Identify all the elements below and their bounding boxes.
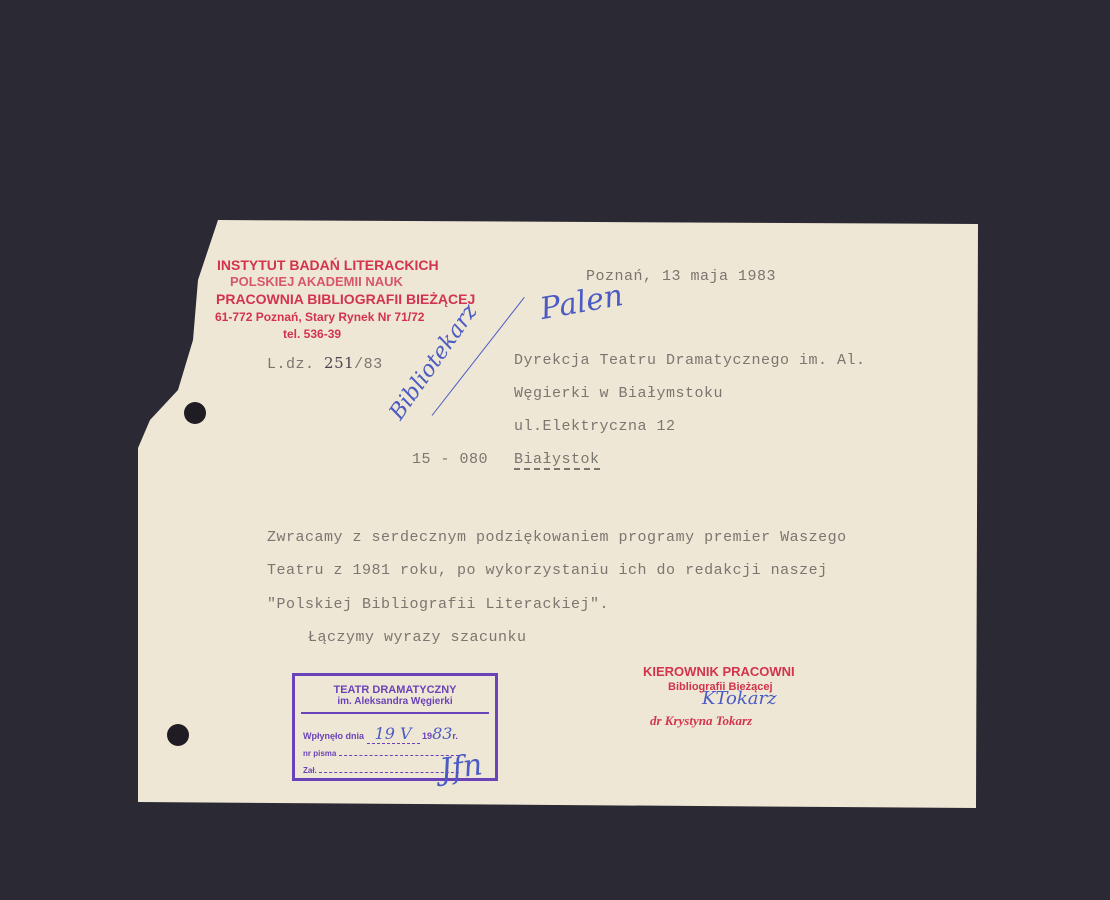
received-label: Wpłynęło dnia	[303, 731, 364, 741]
signature-stamp-line-3: dr Krystyna Tokarz	[650, 713, 752, 729]
reference-prefix: L.dz.	[267, 356, 315, 373]
postal-code: 15 - 080	[412, 451, 488, 468]
body-line-2: Teatru z 1981 roku, po wykorzystaniu ich…	[267, 562, 828, 579]
punch-hole-bottom	[167, 724, 189, 746]
punch-hole-top	[184, 402, 206, 424]
body-line-1: Zwracamy z serdecznym podziękowaniem pro…	[267, 529, 847, 546]
signature-stamp-line-1: KIEROWNIK PRACOWNI	[643, 664, 795, 679]
stamp-line-5: tel. 536-39	[283, 327, 341, 341]
reference-number: L.dz. 251/83	[267, 354, 383, 373]
recipient-line-3: ul.Elektryczna 12	[514, 418, 676, 435]
number-label: nr pisma	[303, 749, 336, 758]
stamp-line-1: INSTYTUT BADAŃ LITERACKICH	[217, 257, 439, 273]
received-date: 19 V	[367, 724, 420, 744]
received-year: 83	[432, 724, 452, 743]
stamp-line-2: POLSKIEJ AKADEMII NAUK	[230, 274, 403, 289]
receipt-signature: Jfn	[438, 747, 485, 788]
received-row: Wpłynęło dnia 19 V 1983r.	[303, 724, 495, 743]
reference-suffix: /83	[354, 356, 383, 373]
stamp-line-4: 61-772 Poznań, Stary Rynek Nr 71/72	[215, 310, 424, 324]
reference-handwritten-number: 251	[324, 354, 354, 372]
year-suffix: r.	[452, 731, 458, 741]
attachment-label: Zał.	[303, 766, 317, 775]
stamp-line-3: PRACOWNIA BIBLIOGRAFII BIEŻĄCEJ	[216, 291, 475, 307]
year-prefix: 19	[422, 731, 432, 741]
receipt-stamp-line-2: im. Aleksandra Węgierki	[295, 696, 495, 707]
director-signature: KTokarz	[702, 688, 777, 709]
receipt-stamp-line-1: TEATR DRAMATYCZNY	[295, 684, 495, 696]
body-line-3: "Polskiej Bibliografii Literackiej".	[267, 596, 609, 613]
closing-line: Łączymy wyrazy szacunku	[308, 629, 527, 646]
recipient-line-1: Dyrekcja Teatru Dramatycznego im. Al.	[514, 352, 866, 369]
recipient-line-2: Węgierki w Białymstoku	[514, 385, 723, 402]
recipient-city: Białystok	[514, 451, 600, 470]
